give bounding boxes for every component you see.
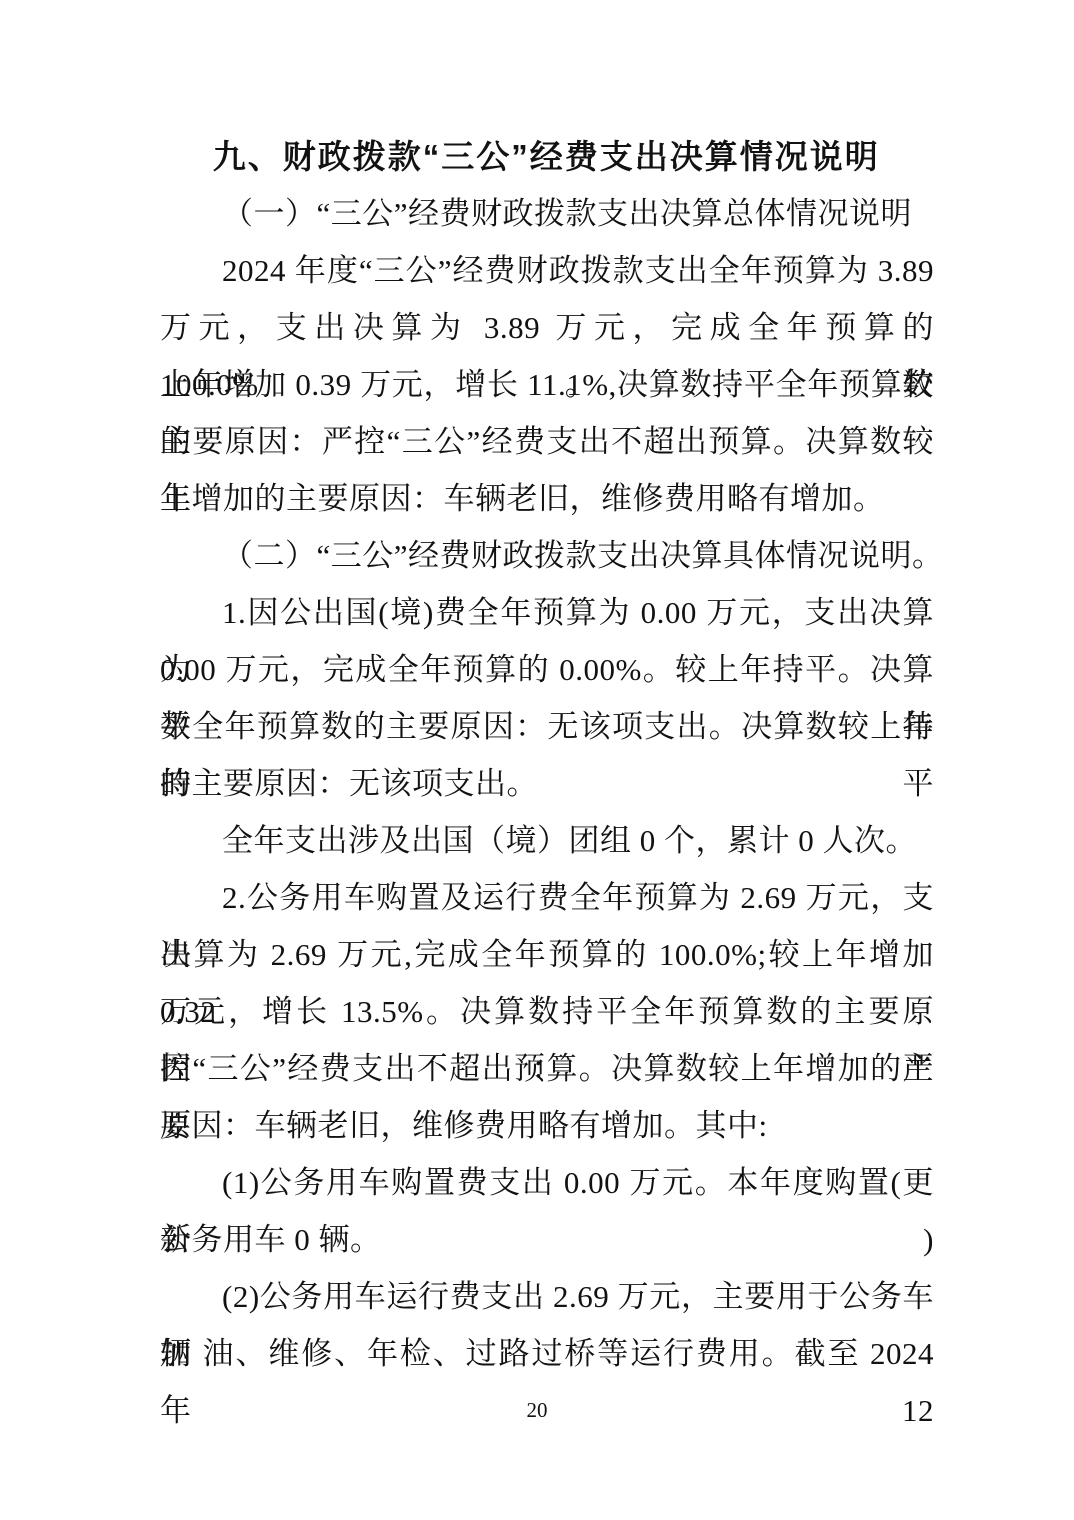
text-line: 加 油、维修、年检、过路过桥等运行费用。截至 2024 年 12 xyxy=(160,1325,934,1382)
document-title: 九、财政拨款“三公”经费支出决算情况说明 xyxy=(160,128,934,185)
text-line: 万元，支出决算为 3.89 万元，完成全年预算的 100.0%。较 xyxy=(160,299,934,356)
text-line: 年增加的主要原因：车辆老旧，维修费用略有增加。 xyxy=(160,470,934,527)
text-line: 万元，增长 13.5%。决算数持平全年预算数的主要原因：严 xyxy=(160,983,934,1040)
text-line: (2)公务用车运行费支出 2.69 万元，主要用于公务车辆 xyxy=(160,1268,934,1325)
text-line: 1.因公出国(境)费全年预算为 0.00 万元，支出决算为 xyxy=(160,584,934,641)
text-line: 原因：车辆老旧，维修费用略有增加。其中: xyxy=(160,1097,934,1154)
text-line: 2024 年度“三公”经费财政拨款支出全年预算为 3.89 xyxy=(160,242,934,299)
text-line: (1)公务用车购置费支出 0.00 万元。本年度购置(更新) xyxy=(160,1154,934,1211)
document-body: 九、财政拨款“三公”经费支出决算情况说明（一）“三公”经费财政拨款支出决算总体情… xyxy=(160,128,934,1382)
text-line: 主要原因：严控“三公”经费支出不超出预算。决算数较上 xyxy=(160,413,934,470)
section-heading: （二）“三公”经费财政拨款支出决算具体情况说明。 xyxy=(160,527,934,584)
text-line: 平全年预算数的主要原因：无该项支出。决算数较上年持平 xyxy=(160,698,934,755)
text-line: 控“三公”经费支出不超出预算。决算数较上年增加的主要 xyxy=(160,1040,934,1097)
text-line: 2.公务用车购置及运行费全年预算为 2.69 万元，支出 xyxy=(160,869,934,926)
document-page: 九、财政拨款“三公”经费支出决算情况说明（一）“三公”经费财政拨款支出决算总体情… xyxy=(0,0,1074,1520)
text-line: 0.00 万元，完成全年预算的 0.00%。较上年持平。决算数持 xyxy=(160,641,934,698)
text-line: 决算为 2.69 万元,完成全年预算的 100.0%;较上年增加 0.32 xyxy=(160,926,934,983)
text-line: 上年增加 0.39 万元，增长 11.1%,决算数持平全年预算数的 xyxy=(160,356,934,413)
page-number: 20 xyxy=(0,1398,1074,1423)
section-heading: （一）“三公”经费财政拨款支出决算总体情况说明 xyxy=(160,185,934,242)
text-line: 全年支出涉及出国（境）团组 0 个，累计 0 人次。 xyxy=(160,812,934,869)
